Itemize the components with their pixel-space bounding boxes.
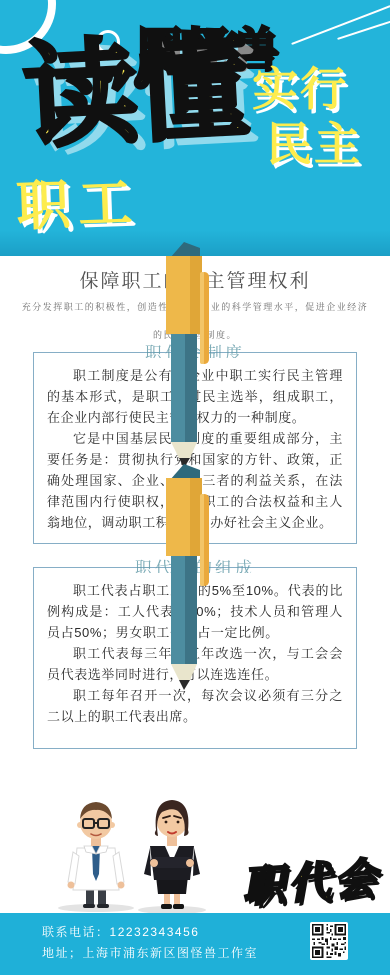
businesswoman-illustration [144, 800, 200, 909]
headline-secondary: 职工 [15, 160, 142, 241]
phone-line: 联系电话：12232343456 [42, 923, 199, 940]
address-line: 地址；上海市浦东新区图怪兽工作室 [42, 944, 258, 961]
footer: 联系电话：12232343456 地址；上海市浦东新区图怪兽工作室 [0, 913, 390, 975]
businessman-illustration [68, 802, 125, 908]
pen-illustration-bottom [158, 462, 214, 692]
badge-zhidaihui: 职代会 [240, 845, 382, 914]
headline-side: 实行民主 [252, 62, 362, 172]
address-label: 地址； [42, 946, 83, 960]
shadow [58, 904, 134, 912]
poster: 图怪兽 读懂 实行民主 职工 保障职工的民主管理权利 充分发挥职工的积极性，创造… [0, 0, 390, 975]
people-illustration [44, 786, 224, 914]
qr-code-icon [310, 922, 348, 960]
headline-main: 读懂 [21, 30, 247, 155]
headline-side-line1: 实行 [252, 63, 348, 115]
headline-side-line2: 民主 [266, 117, 362, 172]
phone-label: 联系电话： [42, 925, 110, 939]
phone-number: 12232343456 [110, 925, 200, 939]
pen-illustration-top [158, 240, 214, 470]
address-text: 上海市浦东新区图怪兽工作室 [83, 946, 259, 960]
hero-section: 图怪兽 读懂 实行民主 职工 [0, 0, 390, 256]
